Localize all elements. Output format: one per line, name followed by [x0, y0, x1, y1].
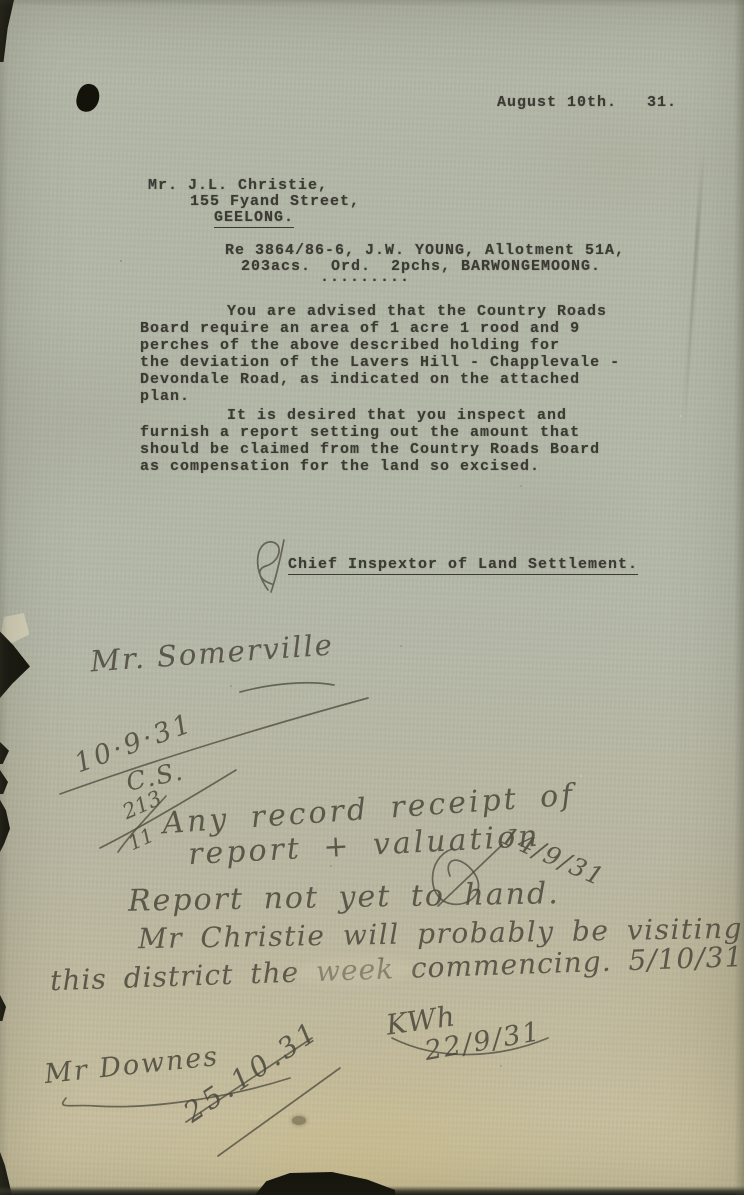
- reference-line-2: 203acs. Ord. 2pchs, BARWONGEMOONG.: [241, 258, 601, 275]
- left-edge-nick: [0, 770, 8, 794]
- left-edge-nick: [0, 742, 9, 764]
- paragraph-2-line: furnish a report setting out the amount …: [140, 424, 600, 441]
- pencil-strokes-overlay: [0, 0, 744, 1195]
- paragraph-1-line: Board require an area of 1 acre 1 rood a…: [140, 320, 620, 337]
- handwritten-reply-line-1: Report not yet to hand.: [128, 876, 560, 919]
- scanned-letter-page: August 10th. 31. Mr. J.L. Christie, 155 …: [0, 0, 744, 1195]
- file-number-numerator: 213: [119, 786, 165, 824]
- paragraph-2-line: It is desired that you inspect and: [140, 407, 600, 424]
- paragraph-2-line: should be claimed from the Country Roads…: [140, 441, 600, 458]
- paragraph-1-line: You are advised that the Country Roads: [140, 303, 620, 320]
- bottom-edge-tear: [255, 1170, 395, 1195]
- top-left-edge-tear: [0, 0, 14, 62]
- paragraph-1-line: the deviation of the Lavers Hill - Chapp…: [140, 354, 620, 371]
- left-edge-nick: [0, 800, 10, 852]
- somerville-underline-stroke: [240, 683, 334, 692]
- reference-dots: .........: [320, 269, 410, 286]
- ink-smudge-spot: [292, 1116, 306, 1125]
- signature-title: Chief Inspextor of Land Settlement.: [288, 556, 638, 575]
- paragraph-2-line: as compensation for the land so excised.: [140, 458, 600, 475]
- handwritten-referral-downes: Mr Downes: [43, 1041, 221, 1090]
- recipient-town: GEELONG.: [214, 209, 294, 228]
- recipient-street: 155 Fyand Street,: [190, 193, 360, 210]
- signature-initials-scrawl: [258, 542, 280, 590]
- file-number-denominator: 11: [124, 823, 157, 855]
- handwritten-referral-somerville: Mr. Somerville: [89, 628, 335, 679]
- paragraph-2: It is desired that you inspect and furni…: [140, 407, 600, 475]
- paragraph-1: You are advised that the Country Roads B…: [140, 303, 620, 405]
- paragraph-1-line: perches of the above described holding f…: [140, 337, 620, 354]
- paper-specks: [120, 260, 122, 262]
- paper-crease: [682, 150, 705, 430]
- signature-initials-downstroke: [271, 540, 284, 592]
- recipient-name: Mr. J.L. Christie,: [148, 177, 328, 194]
- left-edge-nick: [0, 995, 6, 1021]
- punch-hole: [74, 82, 102, 115]
- reference-line-1: Re 3864/86-6, J.W. YOUNG, Allotment 51A,: [225, 242, 625, 259]
- paragraph-1-line: plan.: [140, 388, 620, 405]
- paragraph-1-line: Devondale Road, as indicated on the atta…: [140, 371, 620, 388]
- date-line: August 10th. 31.: [497, 94, 677, 111]
